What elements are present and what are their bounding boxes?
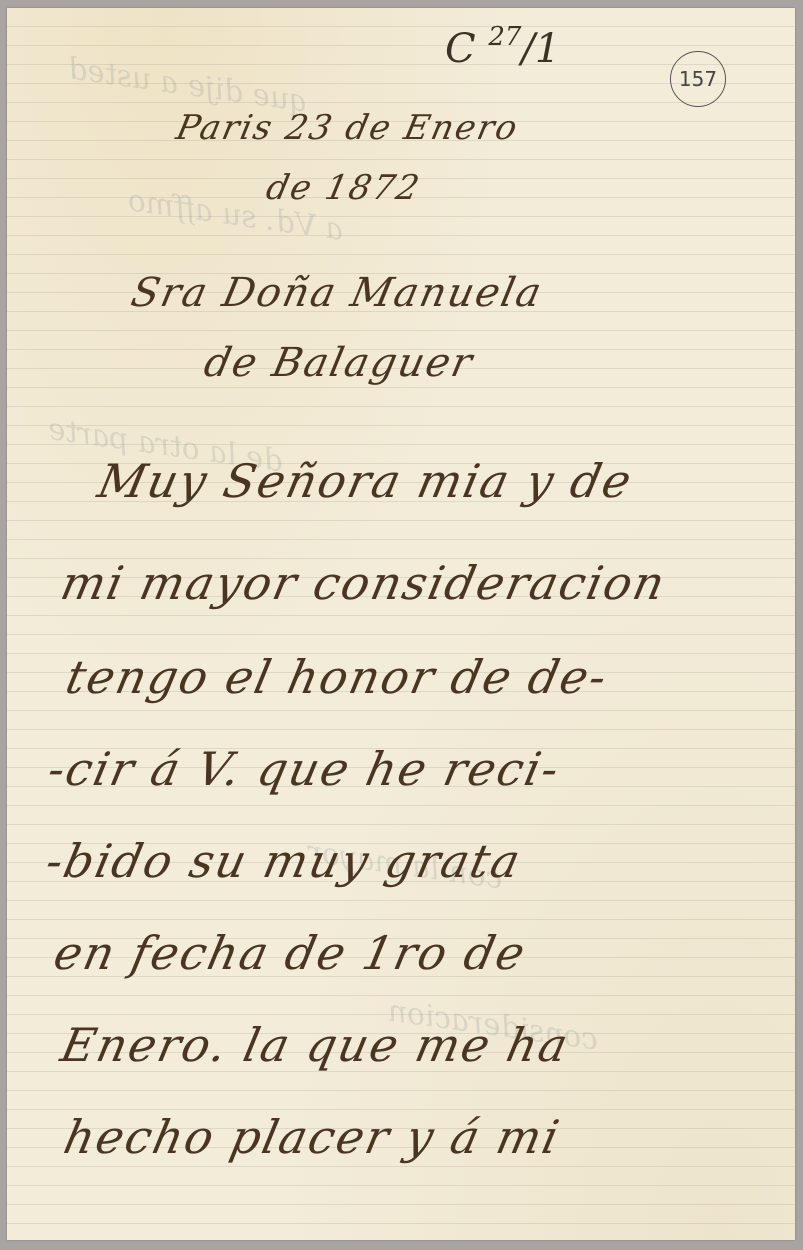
body-line: Muy Señora mia y de (93, 454, 638, 508)
body-line: -cir á V. que he reci- (43, 742, 565, 796)
date-line-2: de 1872 (263, 168, 425, 208)
body-line: -bido su muy grata (41, 834, 526, 888)
salutation-line-1: Sra Doña Manuela (127, 270, 547, 316)
body-line: hecho placer y á mi (59, 1110, 565, 1164)
archive-number: 27 (488, 22, 521, 52)
archive-suffix: /1 (521, 26, 560, 72)
archive-reference: C 27/1 (445, 26, 560, 72)
folio-number-stamp: 157 (670, 51, 726, 107)
body-line: mi mayor consideracion (56, 556, 671, 610)
folio-number: 157 (679, 67, 717, 91)
body-line: en fecha de 1ro de (49, 926, 531, 980)
body-line: Enero. la que me ha (56, 1018, 574, 1072)
salutation-line-2: de Balaguer (200, 340, 478, 386)
archive-prefix: C (445, 26, 476, 72)
body-line: tengo el honor de de- (61, 650, 613, 704)
letter-page: que dije a usted a Vd. su affmo de la ot… (7, 8, 795, 1240)
date-line-1: Paris 23 de Enero (173, 108, 523, 148)
